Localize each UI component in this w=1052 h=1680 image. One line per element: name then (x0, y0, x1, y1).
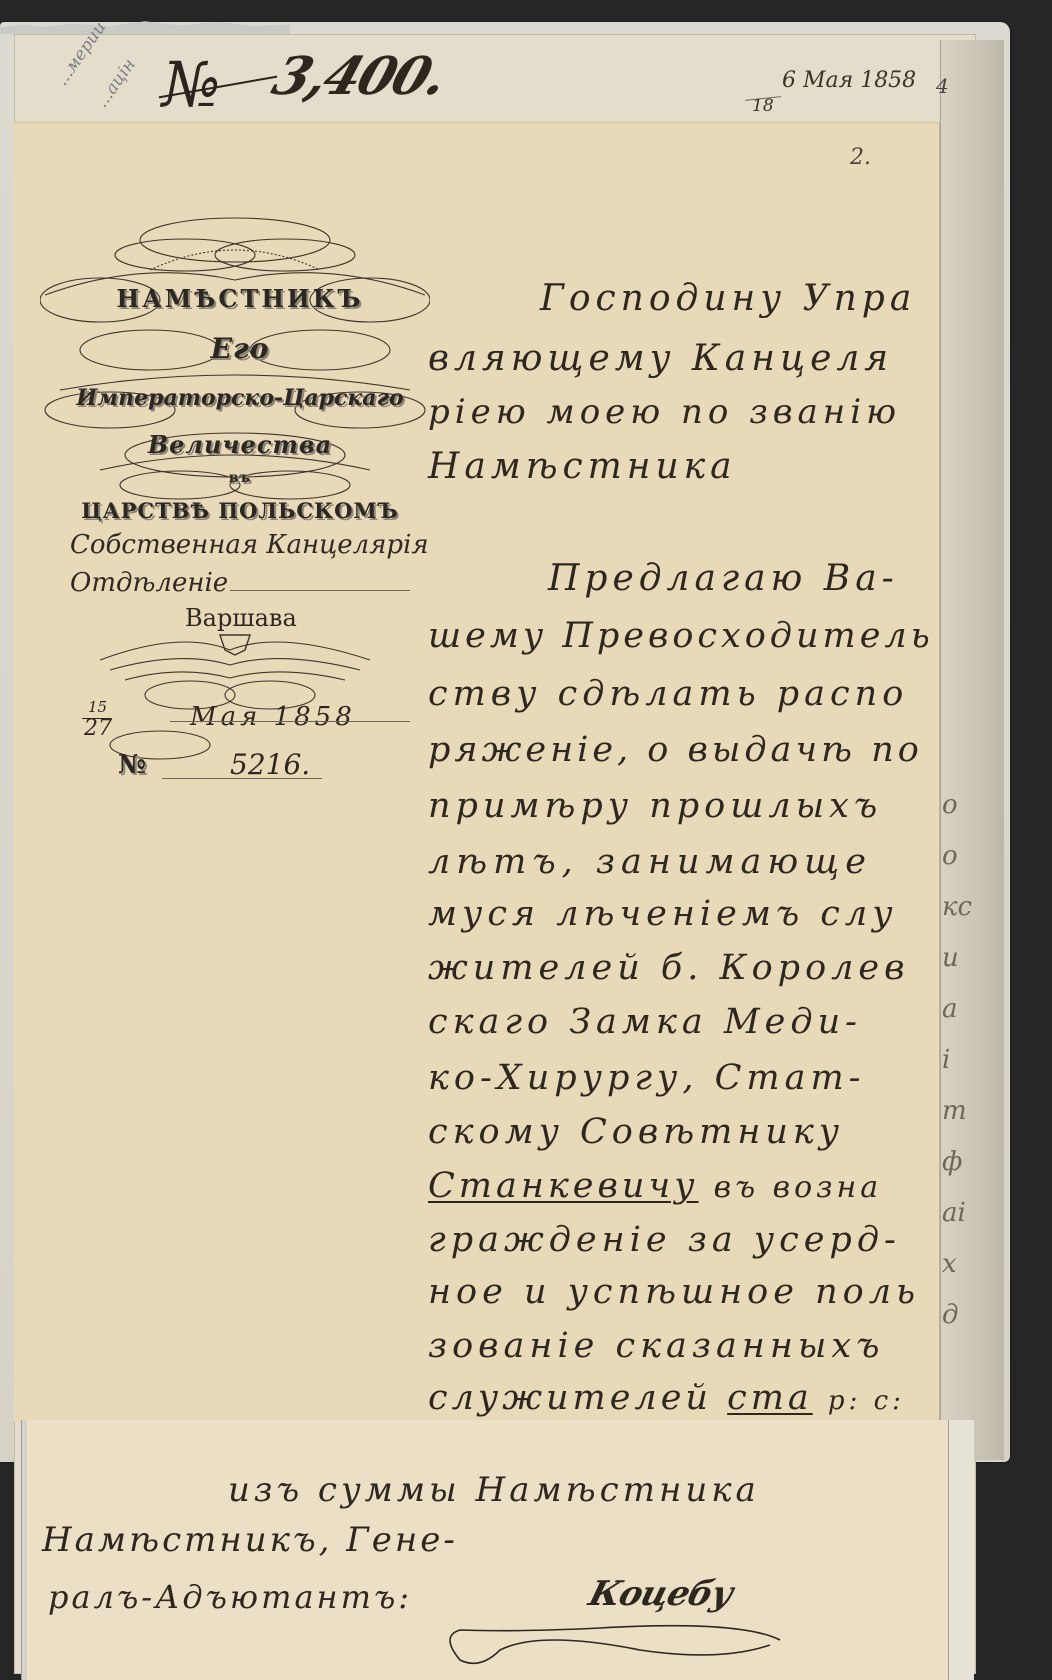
body-line: ству сдѣлать распо (428, 674, 908, 714)
body-line: скаго Замка Меди- (428, 1002, 862, 1042)
underlying-page-fragments: о о кс и а і т ф аі х д (940, 780, 980, 1400)
body-line: ряженіе, о выдачѣ по (428, 730, 923, 770)
letter-date-top: 15 (88, 698, 107, 716)
body-line-text: зованіе сказанныхъ (428, 1326, 885, 1366)
signatory-title-line-1: Намѣстникъ, Гене- (42, 1520, 458, 1560)
fragment: ф (942, 1137, 980, 1188)
body-line-text: гражденіе за усерд- (428, 1220, 901, 1260)
body-line-text: примѣру прошлыхъ (428, 786, 882, 826)
corner-mark-text: 4 (936, 74, 949, 98)
date-day-new-style: 27 (84, 716, 112, 741)
body-line-text: въ возна (714, 1170, 883, 1205)
signatory-title-text-2: ралъ-Адъютантъ: (48, 1578, 412, 1616)
body-line: служителей ста р: с: (428, 1378, 905, 1418)
slip-continuation: изъ суммы Намѣстника (228, 1470, 760, 1510)
date-day-old-style: 15 (88, 698, 107, 716)
letterhead-majesty: Величества (90, 430, 390, 459)
registry-number: 3,400. (265, 46, 454, 107)
body-line-text: скаго Замка Меди- (428, 1002, 862, 1042)
chancellery-text: Собственная Канцелярія (70, 530, 429, 560)
fragment: т (942, 1086, 980, 1137)
fragment: і (942, 1035, 980, 1086)
letterhead-imperial: Императорско-Царскаго (55, 385, 425, 411)
number-label-text: № (118, 750, 147, 780)
outgoing-number: 5216. (230, 748, 310, 781)
body-line: скому Совѣтнику (428, 1112, 844, 1152)
body-line: шему Превосходитель (428, 616, 934, 656)
signature-text: Коцебу (585, 1574, 737, 1614)
body-line: лѣтъ, занимающе (428, 842, 872, 882)
body-line-text: скому Совѣтнику (428, 1112, 844, 1152)
addressee-line-text: Господину Упра (540, 278, 916, 319)
surname-underlined: Станкевичу (428, 1166, 699, 1206)
letterhead-majesty-text: Величества (148, 430, 332, 459)
numero-sign: № (162, 48, 221, 121)
body-line-text: ное и успѣшное поль (428, 1272, 920, 1312)
received-date-text: 6 Мая 1858 (782, 68, 916, 93)
body-line-text: ству сдѣлать распо (428, 674, 908, 714)
date-line (170, 721, 410, 722)
addressee-line-text: вляющему Канцеля (428, 338, 893, 379)
fragment: кс (942, 882, 980, 933)
fragment: о (942, 831, 980, 882)
letterhead-department: Отдѣленіе (70, 568, 228, 598)
department-blank-line (230, 590, 410, 591)
registry-number-value: 3,400. (265, 46, 454, 107)
addressee-line: вляющему Канцеля (428, 338, 893, 379)
addressee-line: Намѣстника (428, 446, 737, 487)
addressee-line-text: ріею моею по званію (428, 392, 901, 432)
addressee-line: ріею моею по званію (428, 392, 901, 432)
letterhead-kingdom: ЦАРСТВѢ ПОЛЬСКОМЪ (80, 498, 400, 523)
letterhead-imperial-text: Императорско-Царскаго (76, 385, 403, 411)
body-line: муся лѣченіемъ слу (428, 894, 898, 934)
letterhead-city: Варшава (185, 604, 297, 632)
number-line (162, 778, 322, 779)
page-number-text: 2. (850, 145, 871, 170)
fragment: аі (942, 1188, 980, 1239)
fragment: д (942, 1290, 980, 1341)
body-line: Предлагаю Ва- (548, 558, 899, 599)
city-text: Варшава (185, 604, 297, 632)
registry-number-sign: № (162, 48, 221, 121)
body-line-text: служителей (428, 1378, 712, 1418)
body-line-text: ко-Хирургу, Стат- (428, 1058, 865, 1098)
signatory-title-text-1: Намѣстникъ, Гене- (42, 1520, 458, 1560)
signature: Коцебу (585, 1574, 737, 1614)
body-line: Станкевичу въ возна (428, 1166, 882, 1206)
letter-date-text: Мая 1858 (190, 702, 356, 732)
letterhead-chancellery: Собственная Канцелярія (70, 530, 429, 560)
signatory-title-line-2: ралъ-Адъютантъ: (48, 1578, 412, 1616)
letterhead-his-text: Его (211, 332, 270, 365)
fragment: а (942, 984, 980, 1035)
fragment: о (942, 780, 980, 831)
body-line-text: муся лѣченіемъ слу (428, 894, 898, 934)
letterhead-kingdom-text: ЦАРСТВѢ ПОЛЬСКОМЪ (81, 498, 399, 523)
body-line: зованіе сказанныхъ (428, 1326, 885, 1366)
body-line-text: лѣтъ, занимающе (428, 842, 872, 882)
underlined-word: ста (727, 1378, 813, 1418)
denominator-text: 18 (752, 96, 774, 116)
body-line: ное и успѣшное поль (428, 1272, 920, 1312)
body-line-text: жителей б. Королев (428, 948, 910, 988)
outgoing-number-label: № (118, 750, 168, 780)
body-line: гражденіе за усерд- (428, 1220, 901, 1260)
body-line: ко-Хирургу, Стат- (428, 1058, 865, 1098)
abbreviation: р: с: (828, 1386, 905, 1416)
letterhead-in: въ (90, 470, 390, 486)
slip-margin-strip (948, 1420, 974, 1680)
letterhead-in-text: въ (229, 470, 251, 486)
body-line: примѣру прошлыхъ (428, 786, 882, 826)
letterhead-title: НАМѢСТНИКЪ (90, 284, 390, 313)
letterhead-title-text: НАМѢСТНИКЪ (116, 284, 363, 313)
received-date-denominator: 18 (752, 96, 774, 116)
body-line-text: Предлагаю Ва- (548, 558, 899, 599)
corner-mark: 4 (936, 74, 949, 98)
fragment: и (942, 933, 980, 984)
department-label: Отдѣленіе (70, 568, 228, 598)
body-line-text: ряженіе, о выдачѣ по (428, 730, 923, 770)
page-number: 2. (850, 145, 871, 170)
letter-date: Мая 1858 (190, 702, 356, 732)
continuation-text: изъ суммы Намѣстника (228, 1470, 760, 1510)
addressee-line-text: Намѣстника (428, 446, 737, 487)
body-line: жителей б. Королев (428, 948, 910, 988)
addressee-line: Господину Упра (540, 278, 916, 319)
fragment: х (942, 1239, 980, 1290)
letterhead-his: Его (90, 332, 390, 365)
body-line-text: шему Превосходитель (428, 616, 934, 656)
letter-date-bottom: 27 (84, 716, 112, 741)
outgoing-number-text: 5216. (230, 748, 310, 781)
received-date: 6 Мая 1858 (782, 68, 916, 93)
